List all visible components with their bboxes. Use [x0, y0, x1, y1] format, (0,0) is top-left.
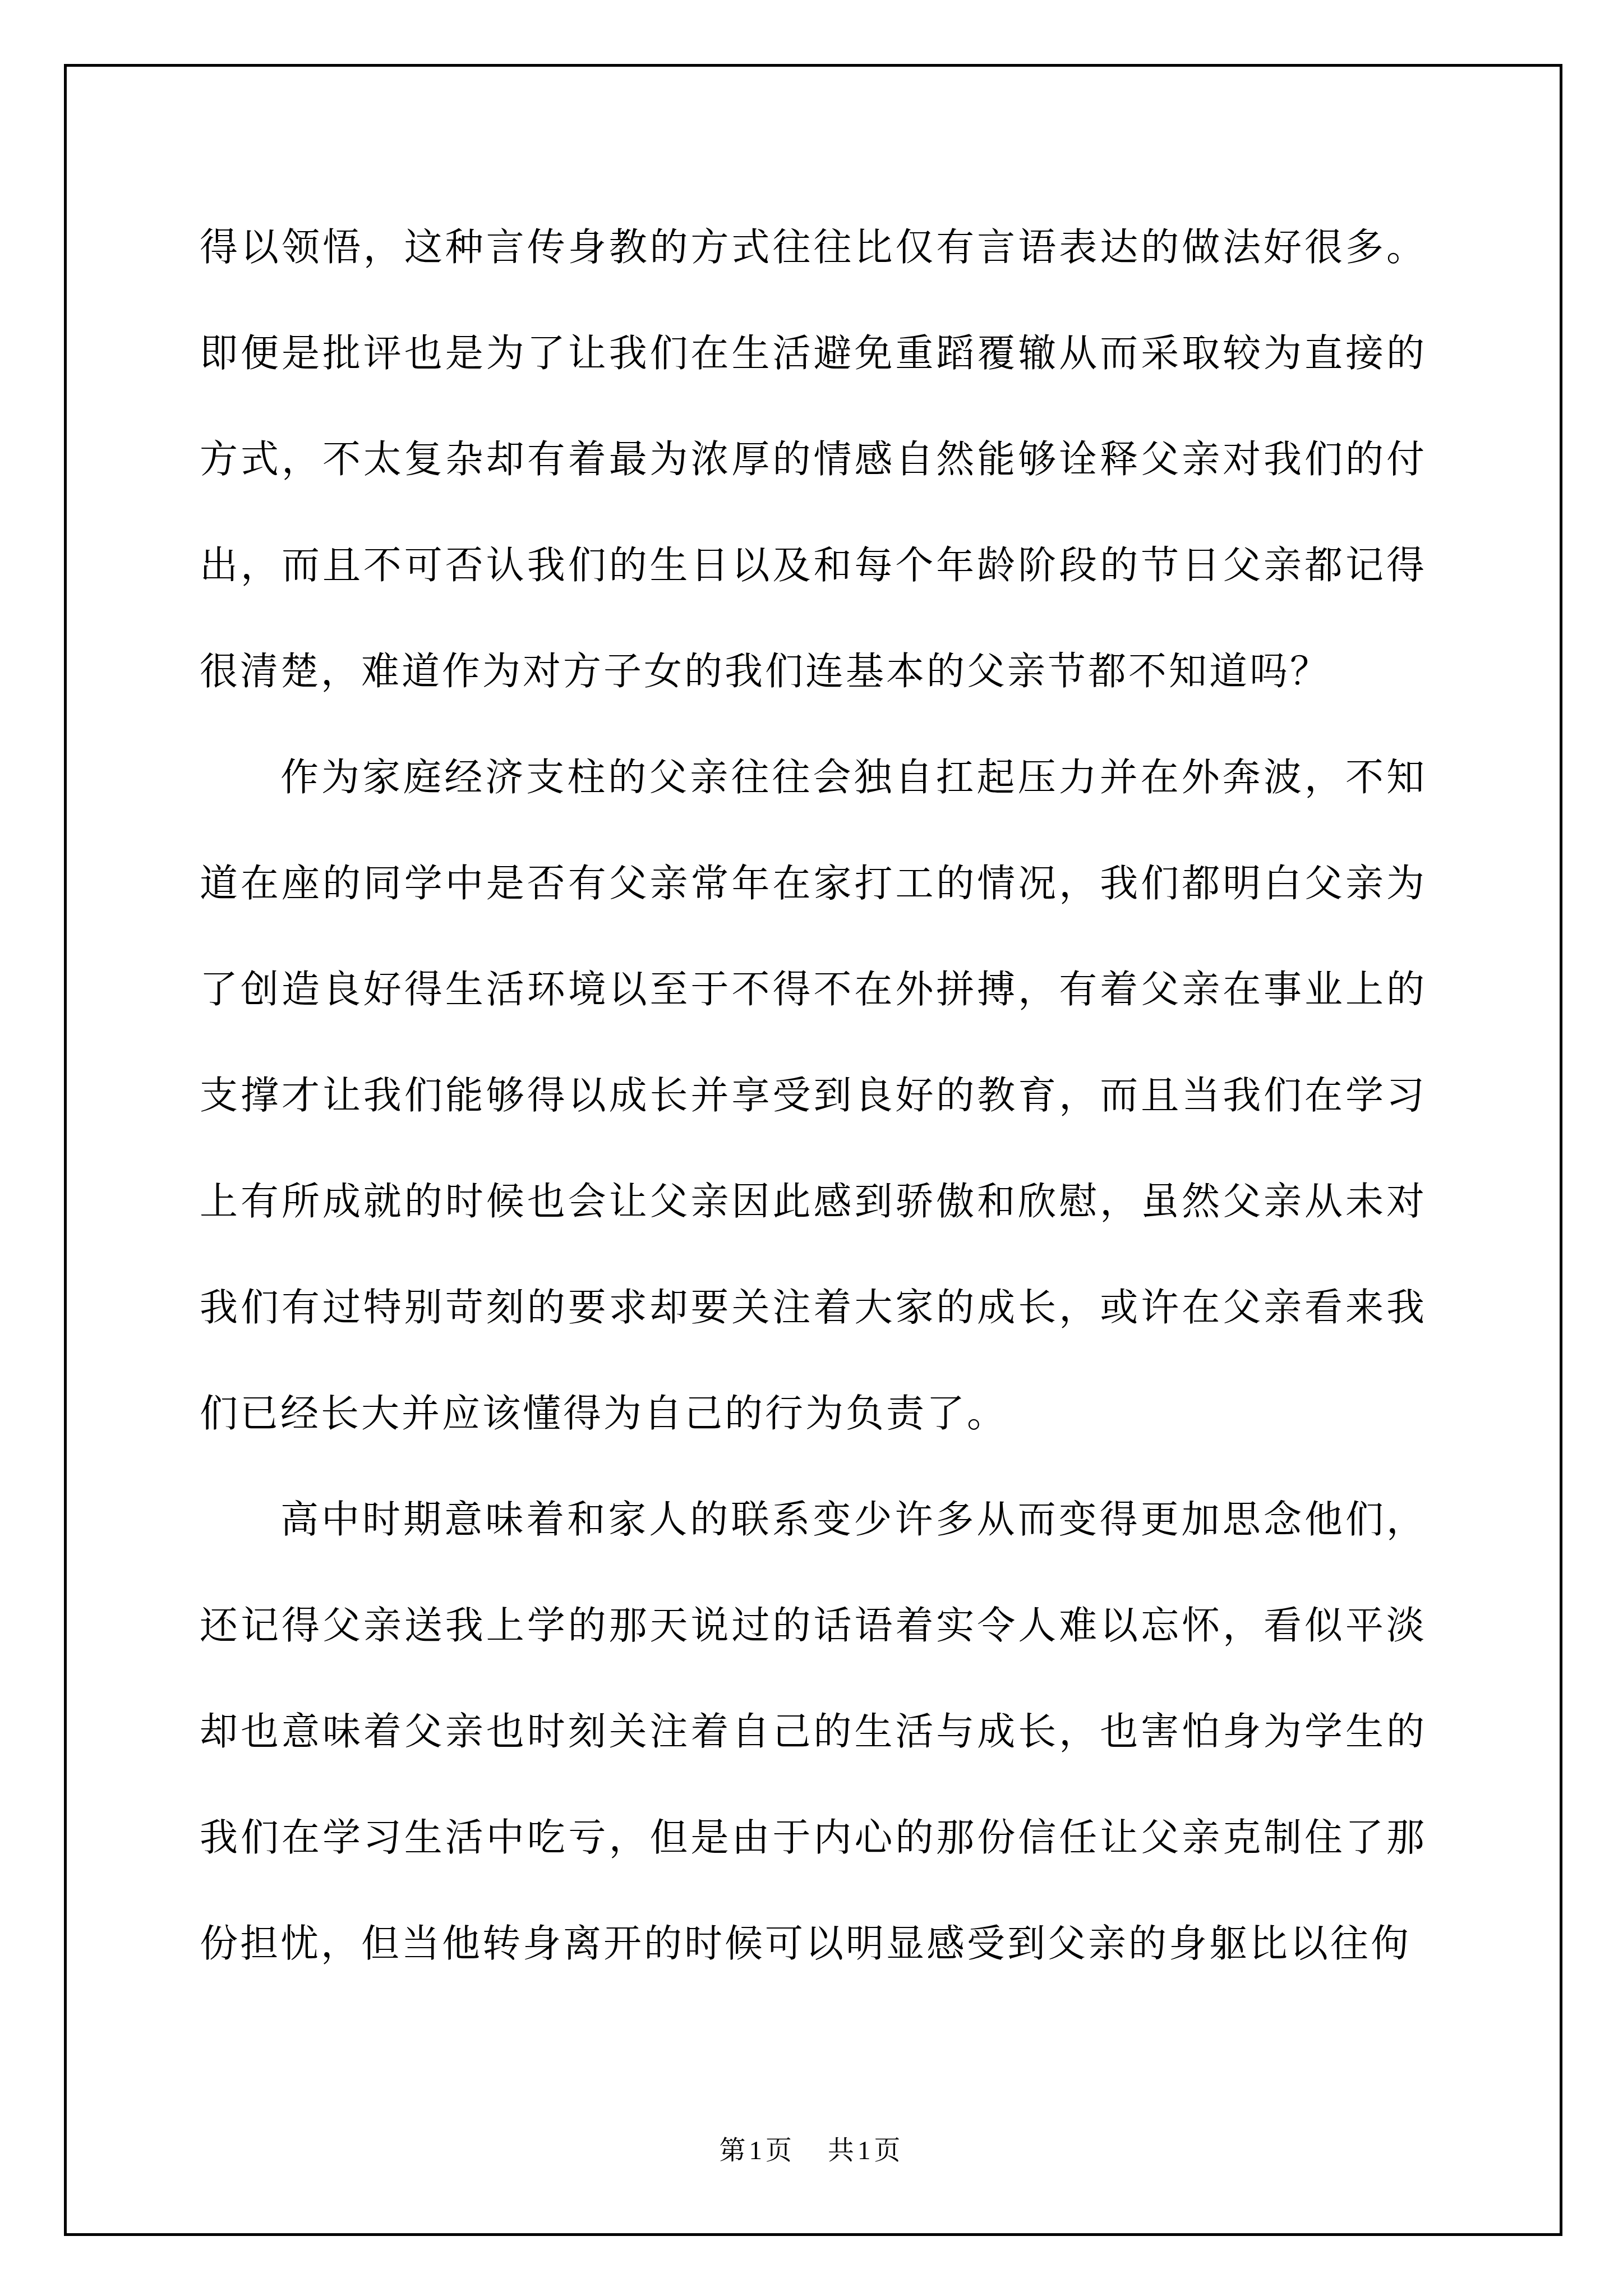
- page-border: 得以领悟，这种言传身教的方式往往比仅有言语表达的做法好很多。即便是批评也是为了让…: [64, 64, 1562, 2236]
- document-body: 得以领悟，这种言传身教的方式往往比仅有言语表达的做法好很多。即便是批评也是为了让…: [200, 195, 1427, 1997]
- page-footer: 第1页共1页: [0, 2129, 1623, 2167]
- paragraph-1: 得以领悟，这种言传身教的方式往往比仅有言语表达的做法好很多。即便是批评也是为了让…: [200, 195, 1427, 725]
- document-page: 得以领悟，这种言传身教的方式往往比仅有言语表达的做法好很多。即便是批评也是为了让…: [0, 0, 1623, 2296]
- paragraph-3: 高中时期意味着和家人的联系变少许多从而变得更加思念他们，还记得父亲送我上学的那天…: [200, 1467, 1427, 1997]
- footer-current-page: 第1页: [720, 2136, 796, 2165]
- footer-total-pages: 共1页: [828, 2136, 904, 2165]
- paragraph-2: 作为家庭经济支柱的父亲往往会独自扛起压力并在外奔波，不知道在座的同学中是否有父亲…: [200, 725, 1427, 1467]
